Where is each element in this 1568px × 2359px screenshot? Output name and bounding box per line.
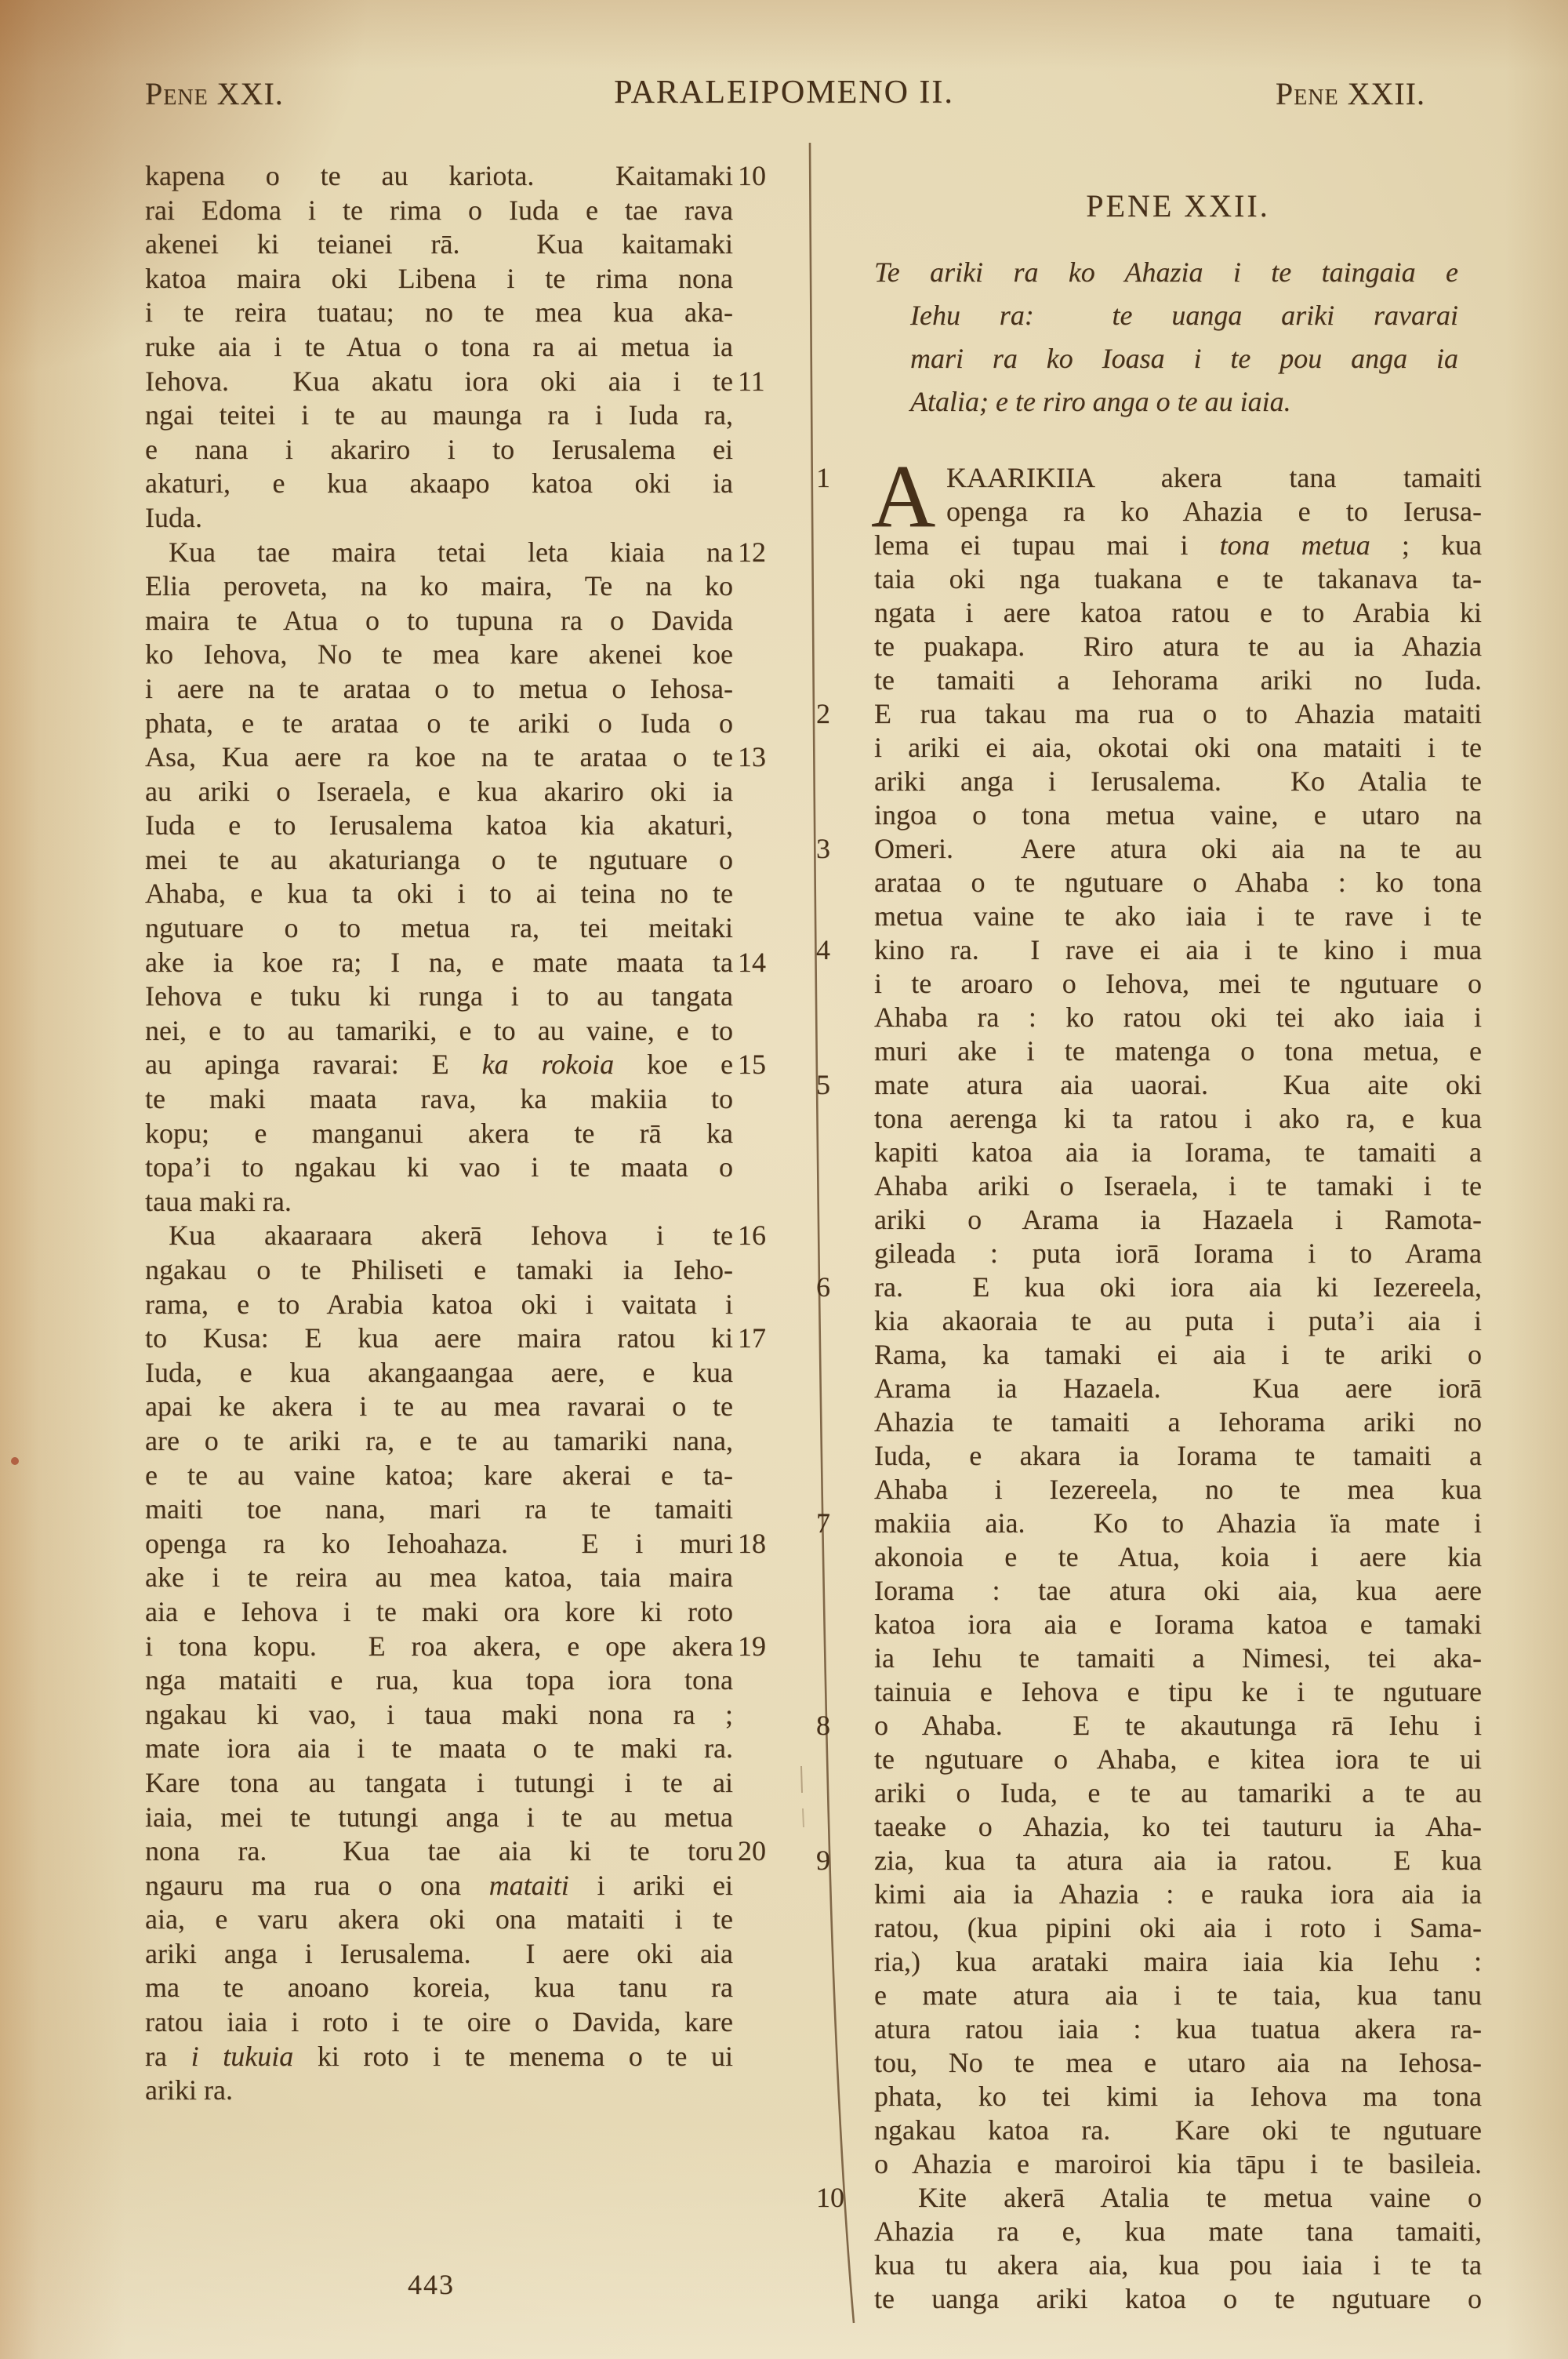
text-line: i te reira tuatau; no te mea kua aka- xyxy=(145,296,733,330)
verse-number: 15 xyxy=(738,1048,785,1082)
text-segment: mate atura aia uaorai. Kua aite oki xyxy=(874,1069,1482,1100)
text-line-content: phata, e te arataa o te ariki o Iuda o xyxy=(145,707,733,741)
text-segment: aia e Iehova i te maki ora kore ki roto xyxy=(145,1596,733,1627)
text-segment: Kua tae maira tetai leta kiaia na xyxy=(169,536,733,568)
text-segment: Iuda, e akara ia Iorama te tamaiti a xyxy=(874,1440,1482,1471)
verse-number: 16 xyxy=(738,1219,785,1253)
text-segment: i te aroaro o Iehova, mei te ngutuare o xyxy=(874,968,1482,999)
text-segment: e te au vaine katoa; kare akerai e ta- xyxy=(145,1459,733,1491)
text-line-content: tona aerenga ki ta ratou i ako ra, e kua xyxy=(874,1102,1482,1136)
text-line-content: maiti toe nana, mari ra te tamaiti xyxy=(145,1492,733,1527)
text-line-content: ake ia koe ra; I na, e mate maata ta xyxy=(145,946,733,980)
text-segment: i ariki ei aia, okotai oki ona mataiti i… xyxy=(874,732,1482,763)
text-segment: ngakau o te Philiseti e tamaki ia Ieho- xyxy=(145,1254,733,1285)
text-segment: ratou iaia i roto i te oire o Davida, ka… xyxy=(145,2006,733,2037)
text-line-content: i te reira tuatau; no te mea kua aka- xyxy=(145,296,733,330)
text-segment: akenei ki teianei rā. Kua kaitamaki xyxy=(145,228,733,260)
text-line-content: kopu; e manganui akera te rā ka xyxy=(145,1117,733,1151)
text-segment: Ahaba, e kua ta oki i to ai teina no te xyxy=(145,878,733,909)
text-line-content: tainuia e Iehova e tipu ke i te ngutuare xyxy=(874,1675,1482,1709)
text-line: Arama ia Hazaela. Kua aere iorā xyxy=(874,1372,1482,1405)
text-line: e mate atura aia i te taia, kua tanu xyxy=(874,1979,1482,2012)
verse-number: 2 xyxy=(816,697,865,731)
text-segment: to Kusa: E kua aere maira ratou ki xyxy=(145,1322,733,1354)
text-segment: Kua akaaraara akerā Iehova i te xyxy=(169,1219,733,1251)
text-line: Te ariki ra ko Ahazia i te taingaia e xyxy=(874,251,1458,294)
text-line: rama, e to Arabia katoa oki i vaitata i xyxy=(145,1288,733,1322)
right-column: PENE XXII. Te ariki ra ko Ahazia i te ta… xyxy=(874,187,1482,2316)
text-line: KAARIKIIA akera tana tamaiti1 xyxy=(874,461,1482,495)
text-line: e nana i akariro i to Ierusalema ei xyxy=(145,433,733,467)
verse-number: 17 xyxy=(738,1321,785,1356)
text-line: Iehu ra: te uanga ariki ravarai xyxy=(874,294,1458,337)
text-segment: rama, e to Arabia katoa oki i vaitata i xyxy=(145,1289,733,1320)
text-segment: ia Iehu te tamaiti a Nimesi, tei aka- xyxy=(874,1642,1482,1674)
text-line-content: are o te ariki ra, e te au tamariki nana… xyxy=(145,1424,733,1459)
text-line: ariki ra. xyxy=(145,2074,733,2108)
text-segment: mari ra ko Ioasa i te pou anga ia xyxy=(910,343,1458,374)
text-segment: ake ia koe ra; I na, e mate maata ta xyxy=(145,947,733,978)
text-line: tona aerenga ki ta ratou i ako ra, e kua xyxy=(874,1102,1482,1136)
text-line-content: kino ra. I rave ei aia i te kino i mua xyxy=(874,933,1482,967)
text-line-content: makiia aia. Ko to Ahazia ïa mate i xyxy=(874,1507,1482,1540)
text-segment: ngata i aere katoa ratou e to Arabia ki xyxy=(874,597,1482,628)
text-segment: te tamaiti a Iehorama ariki no Iuda. xyxy=(874,664,1482,696)
text-line-content: rama, e to Arabia katoa oki i vaitata i xyxy=(145,1288,733,1322)
text-line: Ahaba i Iezereela, no te mea kua xyxy=(874,1473,1482,1507)
text-line-content: Iuda e to Ierusalema katoa kia akaturi, xyxy=(145,809,733,843)
text-line: Elia peroveta, na ko maira, Te na ko xyxy=(145,569,733,604)
text-line-content: ratou iaia i roto i te oire o Davida, ka… xyxy=(145,2005,733,2040)
text-segment: au apinga ravarai: E xyxy=(145,1049,482,1080)
text-line: taia oki nga tuakana e te takanava ta- xyxy=(874,562,1482,596)
text-segment: ingoa o tona metua vaine, e utaro na xyxy=(874,799,1482,831)
text-line-content: gileada : puta iorā Iorama i to Arama xyxy=(874,1237,1482,1270)
text-segment: i te reira tuatau; no te mea kua aka- xyxy=(145,296,733,328)
text-segment: E rua takau ma rua o to Ahazia mataiti xyxy=(874,698,1482,729)
text-line-content: kapiti katoa aia ia Iorama, te tamaiti a xyxy=(874,1136,1482,1169)
text-segment: i ariki ei xyxy=(569,1870,733,1901)
text-line-content: ariki o Arama ia Hazaela i Ramota- xyxy=(874,1203,1482,1237)
text-line-content: apai ke akera i te au mea ravarai o te xyxy=(145,1390,733,1424)
text-line-content: Atalia; e te riro anga o te au iaia. xyxy=(874,380,1458,423)
text-segment: atura ratou iaia : kua tuatua akera ra- xyxy=(874,2013,1482,2045)
text-line: Iehova. Kua akatu iora oki aia i te11 xyxy=(145,365,733,399)
text-line: ria,) kua arataki maira iaia kia Iehu : xyxy=(874,1945,1482,1979)
text-line-content: nona ra. Kua tae aia ki te toru xyxy=(145,1834,733,1869)
italic-text-segment: mataiti xyxy=(489,1870,569,1901)
text-line: o Ahazia e maroiroi kia tāpu i te basile… xyxy=(874,2147,1482,2181)
text-line: gileada : puta iorā Iorama i to Arama xyxy=(874,1237,1482,1270)
verse-number: 1 xyxy=(816,461,865,495)
text-segment: metua vaine te ako iaia i te rave i te xyxy=(874,900,1482,932)
text-line-content: iaia, mei te tutungi anga i te au metua xyxy=(145,1801,733,1835)
text-segment: i tona kopu. E roa akera, e ope akera xyxy=(145,1630,733,1662)
verse-number: 10 xyxy=(738,159,785,194)
text-segment: ngakau ki vao, i taua maki nona ra ; xyxy=(145,1699,733,1730)
text-line: au ariki o Iseraela, e kua akariro oki i… xyxy=(145,775,733,809)
text-line: phata, ko tei kimi ia Iehova ma tona xyxy=(874,2080,1482,2114)
text-segment: rai Edoma i te rima o Iuda e tae rava xyxy=(145,194,733,226)
text-line: Rama, ka tamaki ei aia i te ariki o xyxy=(874,1338,1482,1372)
text-segment: o Ahazia e maroiroi kia tāpu i te basile… xyxy=(874,2148,1482,2179)
text-line: rai Edoma i te rima o Iuda e tae rava xyxy=(145,194,733,228)
text-segment: arataa o te ngutuare o Ahaba : ko tona xyxy=(874,867,1482,898)
verse-number: 12 xyxy=(738,536,785,570)
text-segment: kino ra. I rave ei aia i te kino i mua xyxy=(874,934,1482,965)
text-line: are o te ariki ra, e te au tamariki nana… xyxy=(145,1424,733,1459)
chapter-heading: PENE XXII. xyxy=(874,187,1482,226)
text-segment: Iehova e tuku ki runga i to au tangata xyxy=(145,980,733,1012)
text-line-content: ngakau ki vao, i taua maki nona ra ; xyxy=(145,1698,733,1732)
text-segment: katoa maira oki Libena i te rima nona xyxy=(145,263,733,294)
text-line-content: ariki anga i Ierusalema. Ko Atalia te xyxy=(874,765,1482,798)
text-line-content: ariki ra. xyxy=(145,2074,733,2108)
text-line: akaturi, e kua akaapo katoa oki ia xyxy=(145,467,733,501)
text-line: ratou, (kua pipini oki aia i roto i Sama… xyxy=(874,1911,1482,1945)
text-line: atura ratou iaia : kua tuatua akera ra- xyxy=(874,2012,1482,2046)
text-line-content: ngakau o te Philiseti e tamaki ia Ieho- xyxy=(145,1253,733,1288)
text-line: ma te anoano koreia, kua tanu ra xyxy=(145,1971,733,2005)
text-line-content: ratou, (kua pipini oki aia i roto i Sama… xyxy=(874,1911,1482,1945)
text-line: mate iora aia i te maata o te maki ra. xyxy=(145,1732,733,1766)
italic-text-segment: tona metua xyxy=(1220,529,1370,561)
text-line-content: openga ra ko Iehoahaza. E i muri xyxy=(145,1527,733,1561)
text-line-content: ia Iehu te tamaiti a Nimesi, tei aka- xyxy=(874,1641,1482,1675)
text-line-content: rai Edoma i te rima o Iuda e tae rava xyxy=(145,194,733,228)
text-line: Iorama : tae atura oki aia, kua aere xyxy=(874,1574,1482,1608)
text-line-content: kimi aia ia Ahazia : e rauka iora aia ia xyxy=(874,1877,1482,1911)
text-segment: taua maki ra. xyxy=(145,1186,292,1217)
text-line: ngutuare o to metua ra, tei meitaki xyxy=(145,911,733,946)
text-line-content: Rama, ka tamaki ei aia i te ariki o xyxy=(874,1338,1482,1372)
text-line: Iuda e to Ierusalema katoa kia akaturi, xyxy=(145,809,733,843)
text-segment: ria,) kua arataki maira iaia kia Iehu : xyxy=(874,1946,1482,1977)
text-line: Kite akerā Atalia te metua vaine o10 xyxy=(874,2181,1482,2215)
text-line-content: kia akaoraia te au puta i puta’i aia i xyxy=(874,1304,1482,1338)
text-line-content: aia, e varu akera oki ona mataiti i te xyxy=(145,1903,733,1937)
text-segment: openga ra ko Iehoahaza. E i muri xyxy=(145,1528,733,1559)
text-line-content: E rua takau ma rua o to Ahazia mataiti xyxy=(874,697,1482,731)
margin-dot xyxy=(11,1457,19,1465)
text-line-content: Ahazia te tamaiti a Iehorama ariki no xyxy=(874,1405,1482,1439)
text-line-content: ingoa o tona metua vaine, e utaro na xyxy=(874,798,1482,832)
text-segment: te maki maata rava, ka makiia to xyxy=(145,1083,733,1114)
verse-number: 3 xyxy=(816,832,865,866)
verse-number: 9 xyxy=(816,1844,865,1877)
text-line-content: ra i tukuia ki roto i te menema o te ui xyxy=(145,2040,733,2074)
text-line: openga ra ko Iehoahaza. E i muri18 xyxy=(145,1527,733,1561)
text-line: Kua akaaraara akerā Iehova i te16 xyxy=(145,1219,733,1253)
page-number: 443 xyxy=(408,2268,455,2301)
text-line-content: arataa o te ngutuare o Ahaba : ko tona xyxy=(874,866,1482,900)
text-line: Iuda. xyxy=(145,501,733,536)
text-line: apai ke akera i te au mea ravarai o te xyxy=(145,1390,733,1424)
verse-number: 4 xyxy=(816,933,865,967)
text-line: Ahaba, e kua ta oki i to ai teina no te xyxy=(145,877,733,911)
text-line-content: akenei ki teianei rā. Kua kaitamaki xyxy=(145,227,733,262)
text-line: katoa iora aia e Iorama katoa e tamaki xyxy=(874,1608,1482,1641)
text-line: taeake o Ahazia, ko tei tauturu ia Aha- xyxy=(874,1810,1482,1844)
text-line: i tona kopu. E roa akera, e ope akera19 xyxy=(145,1630,733,1664)
text-line-content: Kua akaaraara akerā Iehova i te xyxy=(145,1219,733,1253)
text-line-content: kapena o te au kariota. Kaitamaki xyxy=(145,159,733,194)
text-line-content: i tona kopu. E roa akera, e ope akera xyxy=(145,1630,733,1664)
text-segment: ma te anoano koreia, kua tanu ra xyxy=(145,1972,733,2003)
text-line-content: nei, e to au tamariki, e to au vaine, e … xyxy=(145,1014,733,1049)
text-line: te tamaiti a Iehorama ariki no Iuda. xyxy=(874,663,1482,697)
text-line: o Ahaba. E te akautunga rā Iehu i8 xyxy=(874,1709,1482,1743)
text-line: muri ake i te matenga o tona metua, e xyxy=(874,1034,1482,1068)
text-segment: maira te Atua o to tupuna ra o Davida xyxy=(145,605,733,636)
text-segment: Atalia; e te riro anga o te au iaia. xyxy=(910,386,1291,417)
text-line: kia akaoraia te au puta i puta’i aia i xyxy=(874,1304,1482,1338)
text-segment: Iuda e to Ierusalema katoa kia akaturi, xyxy=(145,809,733,841)
text-segment: kua tu akera aia, kua pou iaia i te ta xyxy=(874,2249,1482,2281)
text-line-content: ake i te reira au mea katoa, taia maira xyxy=(145,1561,733,1595)
running-head-right: Pene XXII. xyxy=(1276,75,1425,112)
text-line-content: o Ahazia e maroiroi kia tāpu i te basile… xyxy=(874,2147,1482,2181)
text-line: taua maki ra. xyxy=(145,1185,733,1219)
text-segment: iaia, mei te tutungi anga i te au metua xyxy=(145,1801,733,1833)
text-line-content: Iuda. xyxy=(145,501,733,536)
text-line-content: lema ei tupau mai i tona metua ; kua xyxy=(874,529,1482,562)
text-line-content: ngauru ma rua o ona mataiti i ariki ei xyxy=(145,1869,733,1903)
text-line: ia Iehu te tamaiti a Nimesi, tei aka- xyxy=(874,1641,1482,1675)
text-line: openga ra ko Ahazia e to Ierusa- xyxy=(874,495,1482,529)
text-segment: mei te au akaturianga o te ngutuare o xyxy=(145,844,733,875)
text-segment: lema ei tupau mai i xyxy=(874,529,1220,561)
text-segment: kopu; e manganui akera te rā ka xyxy=(145,1118,733,1149)
verse-number: 7 xyxy=(816,1507,865,1540)
text-segment: te puakapa. Riro atura te au ia Ahazia xyxy=(874,631,1482,662)
text-line: ariki o Iuda, e te au tamariki a te au xyxy=(874,1776,1482,1810)
text-line: ngauru ma rua o ona mataiti i ariki ei xyxy=(145,1869,733,1903)
text-line: au apinga ravarai: E ka rokoia koe e15 xyxy=(145,1048,733,1082)
text-segment: ngauru ma rua o ona xyxy=(145,1870,489,1901)
text-segment: gileada : puta iorā Iorama i to Arama xyxy=(874,1238,1482,1269)
verse-number: 5 xyxy=(816,1068,865,1102)
text-line-content: Asa, Kua aere ra koe na te arataa o te xyxy=(145,740,733,775)
text-line-content: katoa maira oki Libena i te rima nona xyxy=(145,262,733,296)
text-line: metua vaine te ako iaia i te rave i te xyxy=(874,900,1482,933)
text-segment: ki roto i te menema o te ui xyxy=(293,2041,733,2072)
text-line: topa’i to ngakau ki vao i te maata o xyxy=(145,1150,733,1185)
text-line: kino ra. I rave ei aia i te kino i mua4 xyxy=(874,933,1482,967)
text-segment: ngai teitei i te au maunga ra i Iuda ra, xyxy=(145,399,733,431)
text-line: makiia aia. Ko to Ahazia ïa mate i7 xyxy=(874,1507,1482,1540)
text-segment: ngutuare o to metua ra, tei meitaki xyxy=(145,912,733,943)
text-line: ngai teitei i te au maunga ra i Iuda ra, xyxy=(145,398,733,433)
text-line: ko Iehova, No te mea kare akenei koe xyxy=(145,638,733,672)
text-segment: ariki o Arama ia Hazaela i Ramota- xyxy=(874,1204,1482,1235)
text-line-content: i ariki ei aia, okotai oki ona mataiti i… xyxy=(874,731,1482,765)
text-line: te maki maata rava, ka makiia to xyxy=(145,1082,733,1117)
text-line: ngakau katoa ra. Kare oki te ngutuare xyxy=(874,2114,1482,2147)
text-line: Iehova e tuku ki runga i to au tangata xyxy=(145,980,733,1014)
text-line-content: ko Iehova, No te mea kare akenei koe xyxy=(145,638,733,672)
text-segment: ; kua xyxy=(1370,529,1482,561)
text-segment: ariki anga i Ierusalema. I aere oki aia xyxy=(145,1938,733,1969)
text-line-content: au apinga ravarai: E ka rokoia koe e xyxy=(145,1048,733,1082)
text-segment: nga mataiti e rua, kua topa iora tona xyxy=(145,1664,733,1696)
text-line-content: akonoia e te Atua, koia i aere kia xyxy=(874,1540,1482,1574)
text-line: mate atura aia uaorai. Kua aite oki5 xyxy=(874,1068,1482,1102)
text-segment: kapiti katoa aia ia Iorama, te tamaiti a xyxy=(874,1136,1482,1168)
text-segment: KAARIKIIA akera tana tamaiti xyxy=(946,462,1482,493)
text-segment: Te ariki ra ko Ahazia i te taingaia e xyxy=(874,256,1458,288)
text-segment: te uanga ariki katoa o te ngutuare o xyxy=(874,2283,1482,2314)
text-line: katoa maira oki Libena i te rima nona xyxy=(145,262,733,296)
text-line-content: Iuda, e kua akangaangaa aere, e kua xyxy=(145,1356,733,1390)
text-line-content: taeake o Ahazia, ko tei tauturu ia Aha- xyxy=(874,1810,1482,1844)
text-segment: are o te ariki ra, e te au tamariki nana… xyxy=(145,1425,733,1456)
text-line: kapena o te au kariota. Kaitamaki10 xyxy=(145,159,733,194)
verse-number: 19 xyxy=(738,1630,785,1664)
text-line-content: e te au vaine katoa; kare akerai e ta- xyxy=(145,1459,733,1493)
text-line-content: taia oki nga tuakana e te takanava ta- xyxy=(874,562,1482,596)
text-segment: Iehova. Kua akatu iora oki aia i te xyxy=(145,365,733,397)
text-line: akenei ki teianei rā. Kua kaitamaki xyxy=(145,227,733,262)
text-line-content: mei te au akaturianga o te ngutuare o xyxy=(145,843,733,878)
text-line-content: tou, No te mea e utaro aia na Iehosa- xyxy=(874,2046,1482,2080)
text-line: ariki anga i Ierusalema. I aere oki aia xyxy=(145,1937,733,1972)
text-segment: ra xyxy=(145,2041,191,2072)
text-segment: makiia aia. Ko to Ahazia ïa mate i xyxy=(874,1507,1482,1539)
text-line-content: te puakapa. Riro atura te au ia Ahazia xyxy=(874,630,1482,663)
text-line-content: katoa iora aia e Iorama katoa e tamaki xyxy=(874,1608,1482,1641)
text-line-content: maira te Atua o to tupuna ra o Davida xyxy=(145,604,733,638)
text-segment: akaturi, e kua akaapo katoa oki ia xyxy=(145,467,733,499)
verse-number: 11 xyxy=(738,365,785,399)
text-line-content: e nana i akariro i to Ierusalema ei xyxy=(145,433,733,467)
text-line-content: Ahazia ra e, kua mate tana tamaiti, xyxy=(874,2215,1482,2248)
text-segment: te ngutuare o Ahaba, e kitea iora te ui xyxy=(874,1743,1482,1775)
text-line: kopu; e manganui akera te rā ka xyxy=(145,1117,733,1151)
text-segment: Kare tona au tangata i tutungi i te ai xyxy=(145,1767,733,1798)
text-segment: e mate atura aia i te taia, kua tanu xyxy=(874,1979,1482,2011)
text-line: Ahazia te tamaiti a Iehorama ariki no xyxy=(874,1405,1482,1439)
text-line-content: ra. E kua oki iora aia ki Iezereela, xyxy=(874,1270,1482,1304)
text-segment: Iuda. xyxy=(145,502,202,533)
text-line: ngakau o te Philiseti e tamaki ia Ieho- xyxy=(145,1253,733,1288)
text-segment: Kite akerā Atalia te metua vaine o xyxy=(918,2182,1482,2213)
text-line-content: Omeri. Aere atura oki aia na te au xyxy=(874,832,1482,866)
text-line: i aere na te arataa o to metua o Iehosa- xyxy=(145,672,733,707)
text-line-content: Te ariki ra ko Ahazia i te taingaia e xyxy=(874,251,1458,294)
text-line: Atalia; e te riro anga o te au iaia. xyxy=(874,380,1458,423)
text-line: Kua tae maira tetai leta kiaia na12 xyxy=(145,536,733,570)
page-header: Pene XXI. PARALEIPOMENO II. Pene XXII. xyxy=(0,75,1568,119)
text-segment: Arama ia Hazaela. Kua aere iorā xyxy=(874,1372,1482,1404)
text-segment: Rama, ka tamaki ei aia i te ariki o xyxy=(874,1339,1482,1370)
text-line: i te aroaro o Iehova, mei te ngutuare o xyxy=(874,967,1482,1001)
text-segment: katoa iora aia e Iorama katoa e tamaki xyxy=(874,1608,1482,1640)
text-line: Omeri. Aere atura oki aia na te au3 xyxy=(874,832,1482,866)
text-segment: topa’i to ngakau ki vao i te maata o xyxy=(145,1151,733,1183)
chapter-summary: Te ariki ra ko Ahazia i te taingaia eIeh… xyxy=(874,251,1482,423)
text-segment: muri ake i te matenga o tona metua, e xyxy=(874,1035,1482,1067)
text-line: ariki anga i Ierusalema. Ko Atalia te xyxy=(874,765,1482,798)
verse-number: 18 xyxy=(738,1527,785,1561)
text-line: ake i te reira au mea katoa, taia maira xyxy=(145,1561,733,1595)
text-line-content: nga mataiti e rua, kua topa iora tona xyxy=(145,1663,733,1698)
text-line-content: te tamaiti a Iehorama ariki no Iuda. xyxy=(874,663,1482,697)
text-line: ngata i aere katoa ratou e to Arabia ki xyxy=(874,596,1482,630)
text-line: maiti toe nana, mari ra te tamaiti xyxy=(145,1492,733,1527)
text-line: i ariki ei aia, okotai oki ona mataiti i… xyxy=(874,731,1482,765)
verse-number: 20 xyxy=(738,1834,785,1869)
verse-number: 13 xyxy=(738,740,785,775)
text-line: Kare tona au tangata i tutungi i te ai xyxy=(145,1766,733,1801)
text-segment: Iuda, e kua akangaangaa aere, e kua xyxy=(145,1357,733,1388)
text-line-content: ngakau katoa ra. Kare oki te ngutuare xyxy=(874,2114,1482,2147)
text-line-content: KAARIKIIA akera tana tamaiti xyxy=(874,461,1482,495)
text-segment: Iorama : tae atura oki aia, kua aere xyxy=(874,1575,1482,1606)
text-line-content: Elia peroveta, na ko maira, Te na ko xyxy=(145,569,733,604)
text-line: Iuda, e akara ia Iorama te tamaiti a xyxy=(874,1439,1482,1473)
text-segment: Elia peroveta, na ko maira, Te na ko xyxy=(145,570,733,602)
text-line-content: mate atura aia uaorai. Kua aite oki xyxy=(874,1068,1482,1102)
text-line-content: Ahaba ra : ko ratou oki tei ako iaia i xyxy=(874,1001,1482,1034)
text-segment: Ahaba ariki o Iseraela, i te tamaki i te xyxy=(874,1170,1482,1201)
text-line: nona ra. Kua tae aia ki te toru20 xyxy=(145,1834,733,1869)
text-line: nei, e to au tamariki, e to au vaine, e … xyxy=(145,1014,733,1049)
text-line-content: Iuda, e akara ia Iorama te tamaiti a xyxy=(874,1439,1482,1473)
text-segment: koe e xyxy=(614,1049,733,1080)
text-segment: apai ke akera i te au mea ravarai o te xyxy=(145,1390,733,1422)
text-segment: Asa, Kua aere ra koe na te arataa o te xyxy=(145,741,733,772)
text-segment: aia, e varu akera oki ona mataiti i te xyxy=(145,1903,733,1935)
text-segment: taeake o Ahazia, ko tei tauturu ia Aha- xyxy=(874,1811,1482,1842)
text-line-content: Ahaba, e kua ta oki i to ai teina no te xyxy=(145,877,733,911)
text-line: zia, kua ta atura aia ia ratou. E kua9 xyxy=(874,1844,1482,1877)
text-segment: ratou, (kua pipini oki aia i roto i Sama… xyxy=(874,1912,1482,1943)
text-line: phata, e te arataa o te ariki o Iuda o xyxy=(145,707,733,741)
text-line-content: Arama ia Hazaela. Kua aere iorā xyxy=(874,1372,1482,1405)
text-segment: ruke aia i te Atua o tona ra ai metua ia xyxy=(145,331,733,362)
text-line-content: i aere na te arataa o to metua o Iehosa- xyxy=(145,672,733,707)
text-segment: tou, No te mea e utaro aia na Iehosa- xyxy=(874,2047,1482,2078)
text-line: Ahazia ra e, kua mate tana tamaiti, xyxy=(874,2215,1482,2248)
text-segment: ariki o Iuda, e te au tamariki a te au xyxy=(874,1777,1482,1808)
book-page-scan: Pene XXI. PARALEIPOMENO II. Pene XXII. k… xyxy=(0,0,1568,2359)
text-line-content: metua vaine te ako iaia i te rave i te xyxy=(874,900,1482,933)
text-line: tou, No te mea e utaro aia na Iehosa- xyxy=(874,2046,1482,2080)
text-line: maira te Atua o to tupuna ra o Davida xyxy=(145,604,733,638)
text-line-content: i te aroaro o Iehova, mei te ngutuare o xyxy=(874,967,1482,1001)
text-segment: o Ahaba. E te akautunga rā Iehu i xyxy=(874,1710,1482,1741)
text-segment: e nana i akariro i to Ierusalema ei xyxy=(145,434,733,465)
text-segment: kimi aia ia Ahazia : e rauka iora aia ia xyxy=(874,1878,1482,1910)
text-line-content: mate iora aia i te maata o te maki ra. xyxy=(145,1732,733,1766)
text-line-content: ria,) kua arataki maira iaia kia Iehu : xyxy=(874,1945,1482,1979)
text-line-content: ariki anga i Ierusalema. I aere oki aia xyxy=(145,1937,733,1972)
text-line-content: Kua tae maira tetai leta kiaia na xyxy=(145,536,733,570)
text-line: mei te au akaturianga o te ngutuare o xyxy=(145,843,733,878)
text-segment: ariki ra. xyxy=(145,2074,233,2106)
text-line: ake ia koe ra; I na, e mate maata ta14 xyxy=(145,946,733,980)
text-segment: Ahazia te tamaiti a Iehorama ariki no xyxy=(874,1406,1482,1438)
text-line-content: to Kusa: E kua aere maira ratou ki xyxy=(145,1321,733,1356)
text-segment: akonoia e te Atua, koia i aere kia xyxy=(874,1541,1482,1572)
text-line: akonoia e te Atua, koia i aere kia xyxy=(874,1540,1482,1574)
text-line-content: te maki maata rava, ka makiia to xyxy=(145,1082,733,1117)
text-line-content: phata, ko tei kimi ia Iehova ma tona xyxy=(874,2080,1482,2114)
text-segment: ariki anga i Ierusalema. Ko Atalia te xyxy=(874,765,1482,797)
text-line-content: topa’i to ngakau ki vao i te maata o xyxy=(145,1150,733,1185)
text-line: ingoa o tona metua vaine, e utaro na xyxy=(874,798,1482,832)
